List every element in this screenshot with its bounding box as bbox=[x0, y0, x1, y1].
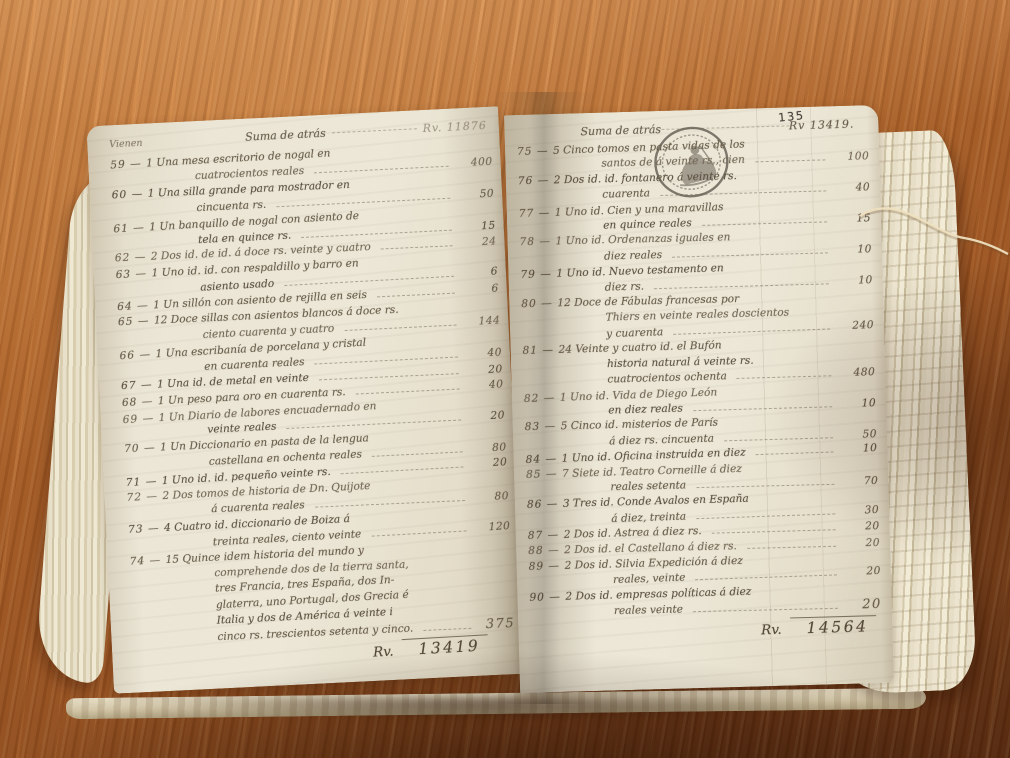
leader-dashes bbox=[319, 373, 459, 380]
entry-amount: 15 bbox=[457, 218, 496, 236]
entry-amount: 30 bbox=[841, 503, 880, 520]
entry-number bbox=[117, 294, 153, 296]
left-page: Vienen Suma de atrás Rv. 11876 59 —1 Una… bbox=[86, 106, 525, 693]
entry-number: 62 — bbox=[115, 250, 152, 267]
entry-number: 87 — bbox=[528, 528, 564, 544]
left-page-total: 13419 bbox=[402, 634, 489, 659]
leader-dashes bbox=[315, 500, 465, 508]
entry-amount: 10 bbox=[838, 396, 876, 412]
left-header-label: Suma de atrás bbox=[245, 127, 326, 144]
leader-dashes bbox=[381, 246, 453, 250]
entry-number bbox=[523, 368, 559, 369]
entry-text: cuarenta bbox=[554, 187, 650, 205]
entry-number: 85 — bbox=[526, 466, 562, 482]
entry-number bbox=[133, 626, 169, 628]
entry-number bbox=[520, 261, 556, 262]
header-leader-line bbox=[332, 128, 417, 133]
entry-text: reales veinte bbox=[566, 603, 683, 621]
entry-number bbox=[131, 594, 167, 596]
entry-number bbox=[131, 578, 167, 580]
entry-amount: 20 bbox=[467, 409, 506, 427]
leader-dashes bbox=[341, 467, 464, 475]
left-ledger-entries: 59 —1 Una mesa escritorio de nogal encua… bbox=[110, 139, 516, 651]
leader-dashes bbox=[693, 608, 838, 612]
entry-number: 67 — bbox=[121, 377, 158, 394]
leader-dashes bbox=[696, 513, 835, 519]
leader-dashes bbox=[344, 325, 456, 331]
entry-number bbox=[129, 548, 165, 550]
entry-amount: 120 bbox=[472, 519, 511, 537]
leader-dashes bbox=[737, 375, 832, 379]
leader-dashes bbox=[423, 628, 471, 631]
entry-amount: 400 bbox=[454, 155, 493, 173]
entry-number bbox=[125, 467, 161, 469]
page-stack-bottom-edge bbox=[66, 688, 926, 720]
leader-dashes bbox=[660, 191, 826, 197]
entry-number: 68 — bbox=[122, 394, 159, 412]
entry-number bbox=[127, 514, 163, 516]
entry-number bbox=[518, 199, 554, 200]
entry-amount: 20 bbox=[841, 519, 879, 535]
entry-number: 73 — bbox=[128, 521, 165, 539]
entry-number bbox=[529, 585, 565, 586]
leader-dashes bbox=[654, 283, 829, 289]
entry-number: 75 — bbox=[517, 144, 554, 161]
entry-number bbox=[120, 372, 156, 374]
pencil-folio-number: 135 bbox=[777, 108, 805, 125]
entry-amount: 20 bbox=[844, 597, 882, 613]
leader-dashes bbox=[696, 575, 837, 581]
entry-number: 89 — bbox=[528, 559, 564, 575]
entry-amount: 375 bbox=[477, 616, 516, 634]
leader-dashes bbox=[314, 166, 449, 174]
entry-number bbox=[525, 446, 561, 447]
entry-amount: 24 bbox=[458, 235, 497, 253]
entry-number: 59 — bbox=[110, 156, 147, 174]
entry-number: 63 — bbox=[115, 267, 152, 285]
entry-number bbox=[522, 339, 558, 340]
entry-amount: 70 bbox=[840, 474, 878, 490]
entry-amount: 240 bbox=[836, 318, 875, 335]
entry-amount: 6 bbox=[460, 282, 499, 300]
entry-number: 77 — bbox=[519, 205, 556, 222]
entry-amount: 20 bbox=[469, 455, 508, 473]
entry-amount: 80 bbox=[471, 489, 510, 507]
entry-number: 86 — bbox=[527, 497, 563, 513]
entry-number: 65 — bbox=[118, 314, 155, 331]
right-ledger-entries: 75 —5 Cinco tomos en pasta vidas de loss… bbox=[517, 134, 882, 622]
entry-amount: 100 bbox=[831, 150, 869, 166]
entry-number bbox=[518, 168, 554, 169]
leader-dashes bbox=[315, 356, 459, 364]
total-currency-label: Rv. bbox=[761, 621, 782, 638]
carried-forward-word: Vienen bbox=[109, 138, 143, 151]
entry-number bbox=[527, 523, 563, 524]
right-header-label: Suma de atrás bbox=[580, 123, 661, 138]
entry-number: 76 — bbox=[518, 173, 554, 189]
leader-dashes bbox=[371, 530, 466, 536]
entry-number bbox=[114, 245, 150, 247]
entry-number bbox=[524, 415, 560, 416]
entry-number bbox=[119, 340, 155, 342]
entry-number bbox=[521, 292, 557, 293]
entry-number bbox=[111, 181, 147, 183]
entry-text: reales setenta bbox=[562, 478, 686, 496]
entry-amount: 10 bbox=[835, 273, 873, 289]
entry-number bbox=[132, 611, 168, 613]
entry-number bbox=[524, 384, 560, 385]
entry-number bbox=[113, 213, 149, 215]
entry-number bbox=[530, 615, 566, 616]
manuscript-book: Vienen Suma de atrás Rv. 11876 59 —1 Una… bbox=[40, 86, 955, 714]
entry-amount: 20 bbox=[842, 535, 880, 551]
entry-number: 60 — bbox=[111, 187, 148, 204]
entry-number: 84 — bbox=[525, 452, 562, 469]
entry-amount: 40 bbox=[464, 345, 503, 363]
entry-amount: 20 bbox=[464, 362, 503, 380]
entry-number: 83 — bbox=[525, 420, 561, 436]
leader-dashes bbox=[672, 252, 828, 257]
entry-number bbox=[527, 491, 563, 492]
leader-dashes bbox=[696, 484, 834, 488]
right-page-total: 14564 bbox=[790, 615, 876, 637]
entry-amount: 15 bbox=[833, 211, 871, 227]
entry-number: 69 — bbox=[122, 411, 159, 429]
entry-number bbox=[522, 322, 558, 323]
entry-number bbox=[519, 230, 555, 231]
entry-number: 78 — bbox=[519, 235, 555, 251]
header-leader-line bbox=[661, 125, 789, 130]
entry-number: 80 — bbox=[521, 296, 557, 312]
leader-dashes bbox=[724, 437, 833, 441]
entry-number: 66 — bbox=[119, 347, 156, 365]
leader-dashes bbox=[747, 545, 836, 548]
leader-dashes bbox=[712, 529, 836, 533]
entry-number bbox=[134, 642, 170, 644]
entry-number: 79 — bbox=[520, 267, 557, 284]
left-header-amount: Rv. 11876 bbox=[422, 119, 487, 135]
leader-dashes bbox=[693, 406, 832, 411]
entry-amount: 480 bbox=[837, 365, 875, 381]
entry-number: 70 — bbox=[124, 441, 161, 458]
entry-number: 88 — bbox=[528, 543, 564, 559]
entry-number: 61 — bbox=[113, 220, 150, 238]
entry-number bbox=[124, 436, 160, 438]
right-page: 135 Suma de atrás Rv 13419. 75 —5 Cinco … bbox=[504, 105, 894, 693]
entry-number: 71 — bbox=[125, 474, 162, 492]
total-currency-label: Rv. bbox=[373, 644, 394, 661]
entry-amount: 20 bbox=[843, 564, 882, 581]
entry-number: 81 — bbox=[522, 343, 558, 359]
leader-dashes bbox=[702, 221, 827, 226]
entry-amount: 10 bbox=[839, 441, 878, 458]
entry-amount: 6 bbox=[460, 265, 499, 283]
leader-dashes bbox=[372, 452, 463, 457]
entry-number: 82 — bbox=[524, 390, 561, 407]
leader-dashes bbox=[377, 293, 455, 298]
photo-scene: Vienen Suma de atrás Rv. 11876 59 —1 Una… bbox=[0, 0, 1010, 758]
leader-dashes bbox=[673, 328, 830, 334]
leader-dashes bbox=[755, 160, 826, 163]
leader-dashes bbox=[756, 452, 834, 456]
leader-dashes bbox=[356, 388, 460, 394]
